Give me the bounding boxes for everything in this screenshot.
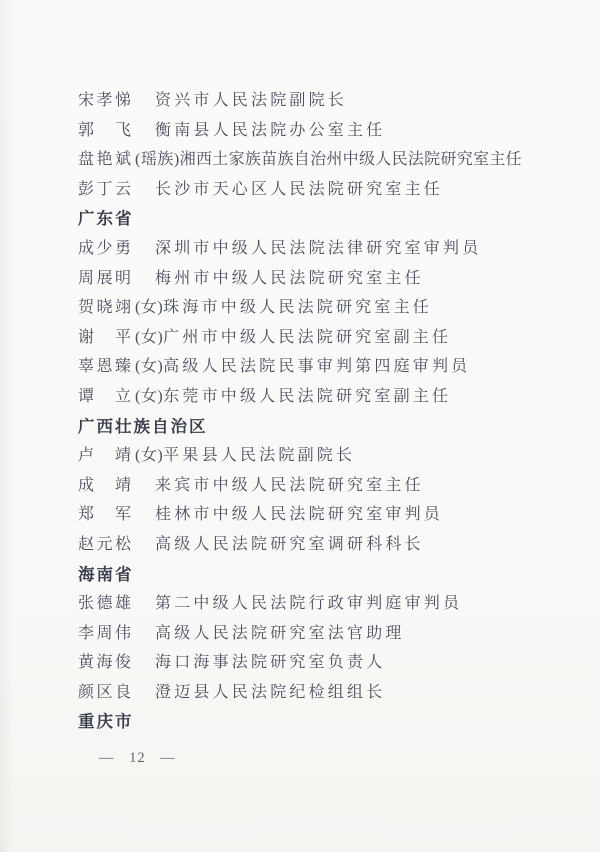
- person-name: 辜恩臻: [78, 352, 135, 382]
- position-title: 广州市中级人民法院研究室副主任: [163, 329, 451, 346]
- province-header: 重庆市: [78, 707, 560, 737]
- position-title: 高级人民法院研究室调研科科长: [155, 536, 424, 553]
- roster-row: 彭丁云长沙市天心区人民法院研究室主任: [78, 175, 560, 205]
- page-footer: — 12 —: [99, 750, 176, 767]
- person-name: 周展明: [78, 264, 155, 294]
- gender-ethnic-tag: (女): [135, 447, 163, 464]
- position-title: 梅州市中级人民法院研究室主任: [155, 270, 424, 287]
- province-header: 广东省: [78, 204, 560, 234]
- position-title: 海口海事法院研究室负责人: [155, 654, 385, 671]
- roster-row: 郑 军桂林市中级人民法院研究室审判员: [78, 500, 560, 530]
- position-title: 资兴市人民法院副院长: [155, 92, 347, 109]
- roster-row: 辜恩臻(女)高级人民法院民事审判第四庭审判员: [78, 352, 560, 382]
- gender-ethnic-tag: (女): [135, 388, 163, 405]
- person-name: 成少勇: [78, 234, 155, 264]
- roster-row: 贺晓翊(女)珠海市中级人民法院研究室主任: [78, 293, 560, 323]
- person-name: 盘艳斌: [78, 145, 135, 175]
- person-name: 成 靖: [78, 471, 155, 501]
- roster-row: 李周伟高级人民法院研究室法官助理: [78, 619, 560, 649]
- position-title: 来宾市中级人民法院研究室主任: [155, 477, 424, 494]
- roster-row: 郭 飞衡南县人民法院办公室主任: [78, 116, 560, 146]
- person-name: 郭 飞: [78, 116, 155, 146]
- person-name: 赵元松: [78, 530, 155, 560]
- person-name: 黄海俊: [78, 648, 155, 678]
- roster: 宋孝悌资兴市人民法院副院长郭 飞衡南县人民法院办公室主任盘艳斌(瑶族)湘西土家族…: [78, 86, 560, 737]
- province-header: 海南省: [78, 560, 560, 590]
- roster-row: 成 靖来宾市中级人民法院研究室主任: [78, 471, 560, 501]
- position-title: 平果县人民法院副院长: [163, 447, 355, 464]
- roster-row: 张德雄第二中级人民法院行政审判庭审判员: [78, 589, 560, 619]
- position-title: 澄迈县人民法院纪检组组长: [155, 684, 385, 701]
- document-page: 宋孝悌资兴市人民法院副院长郭 飞衡南县人民法院办公室主任盘艳斌(瑶族)湘西土家族…: [0, 0, 600, 852]
- person-name: 宋孝悌: [78, 86, 155, 116]
- gender-ethnic-tag: (瑶族): [135, 151, 180, 168]
- person-name: 彭丁云: [78, 175, 155, 205]
- position-title: 衡南县人民法院办公室主任: [155, 122, 385, 139]
- roster-row: 颜区良澄迈县人民法院纪检组组长: [78, 678, 560, 708]
- person-name: 李周伟: [78, 619, 155, 649]
- person-name: 贺晓翊: [78, 293, 135, 323]
- person-name: 张德雄: [78, 589, 155, 619]
- person-name: 谭 立: [78, 382, 135, 412]
- roster-row: 成少勇深圳市中级人民法院法律研究室审判员: [78, 234, 560, 264]
- position-title: 高级人民法院研究室法官助理: [155, 625, 405, 642]
- gender-ethnic-tag: (女): [135, 358, 163, 375]
- person-name: 谢 平: [78, 323, 135, 353]
- person-name: 颜区良: [78, 678, 155, 708]
- position-title: 深圳市中级人民法院法律研究室审判员: [155, 240, 481, 257]
- roster-row: 周展明梅州市中级人民法院研究室主任: [78, 264, 560, 294]
- person-name: 郑 军: [78, 500, 155, 530]
- position-title: 珠海市中级人民法院研究室主任: [163, 299, 432, 316]
- roster-row: 黄海俊海口海事法院研究室负责人: [78, 648, 560, 678]
- position-title: 长沙市天心区人民法院研究室主任: [155, 181, 443, 198]
- roster-row: 宋孝悌资兴市人民法院副院长: [78, 86, 560, 116]
- gender-ethnic-tag: (女): [135, 299, 163, 316]
- roster-row: 盘艳斌(瑶族)湘西土家族苗族自治州中级人民法院研究室主任: [78, 145, 560, 175]
- position-title: 湘西土家族苗族自治州中级人民法院研究室主任: [180, 151, 522, 168]
- position-title: 东莞市中级人民法院研究室副主任: [163, 388, 451, 405]
- roster-row: 谢 平(女)广州市中级人民法院研究室副主任: [78, 323, 560, 353]
- position-title: 桂林市中级人民法院研究室审判员: [155, 506, 443, 523]
- gender-ethnic-tag: (女): [135, 329, 163, 346]
- roster-row: 谭 立(女)东莞市中级人民法院研究室副主任: [78, 382, 560, 412]
- roster-row: 卢 靖(女)平果县人民法院副院长: [78, 441, 560, 471]
- position-title: 第二中级人民法院行政审判庭审判员: [155, 595, 462, 612]
- province-header: 广西壮族自治区: [78, 412, 560, 442]
- person-name: 卢 靖: [78, 441, 135, 471]
- position-title: 高级人民法院民事审判第四庭审判员: [163, 358, 470, 375]
- roster-row: 赵元松高级人民法院研究室调研科科长: [78, 530, 560, 560]
